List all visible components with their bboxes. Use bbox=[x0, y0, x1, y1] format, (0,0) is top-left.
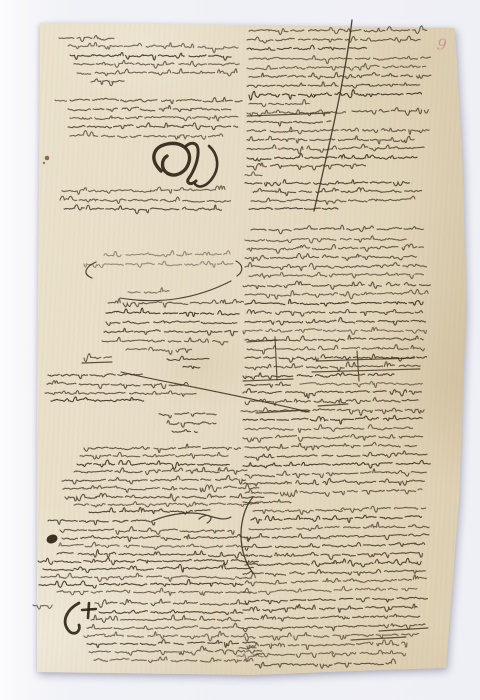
handwriting-line bbox=[247, 345, 424, 354]
handwriting-line bbox=[91, 615, 240, 622]
handwriting-line bbox=[41, 573, 255, 581]
handwriting-line bbox=[60, 527, 234, 535]
foliation-number: 9 bbox=[436, 35, 454, 55]
handwriting-line bbox=[84, 631, 248, 641]
paper-speck bbox=[45, 156, 50, 161]
handwriting-line bbox=[77, 69, 237, 76]
paper-speck bbox=[43, 162, 45, 164]
handwriting-line bbox=[62, 475, 245, 483]
handwriting-line bbox=[99, 610, 243, 615]
handwriting-line bbox=[126, 347, 192, 354]
scanned-page: 9 bbox=[0, 0, 480, 700]
handwriting-line bbox=[243, 586, 417, 594]
handwriting-line bbox=[84, 354, 112, 362]
handwriting-line bbox=[74, 502, 259, 507]
strikethrough-stroke bbox=[275, 337, 277, 380]
handwriting-line bbox=[108, 299, 243, 307]
handwriting-line bbox=[89, 646, 262, 655]
handwriting-line bbox=[243, 389, 421, 399]
handwriting-line bbox=[249, 72, 431, 78]
handwriting-line bbox=[84, 261, 233, 267]
handwriting-line bbox=[249, 56, 431, 64]
heading-swoosh bbox=[120, 281, 231, 301]
handwriting-line bbox=[80, 452, 228, 459]
handwriting-line bbox=[247, 154, 417, 161]
handwriting-line bbox=[243, 461, 430, 469]
handwriting-line bbox=[68, 42, 238, 52]
handwriting-line bbox=[253, 650, 406, 657]
handwriting-line bbox=[243, 478, 424, 486]
handwriting-line bbox=[60, 196, 231, 203]
handwriting-line bbox=[57, 550, 248, 558]
handwriting-line bbox=[352, 108, 428, 116]
handwriting-line bbox=[55, 100, 67, 101]
handwriting-line bbox=[249, 208, 338, 210]
handwriting-line bbox=[102, 337, 228, 345]
handwriting-line bbox=[64, 205, 222, 214]
handwriting-line bbox=[251, 225, 423, 234]
handwriting-line bbox=[249, 26, 427, 35]
handwriting-ink bbox=[0, 0, 480, 700]
strikethrough-stroke bbox=[243, 379, 293, 381]
handwriting-line bbox=[87, 623, 247, 629]
date-line-scribble bbox=[152, 513, 231, 523]
handwriting-line bbox=[87, 640, 257, 648]
handwriting-line bbox=[74, 60, 239, 68]
handwriting-line bbox=[243, 327, 426, 334]
handwriting-line bbox=[128, 288, 169, 293]
handwriting-line bbox=[249, 272, 423, 278]
handwriting-line bbox=[70, 116, 238, 121]
handwriting-line bbox=[104, 328, 238, 335]
dagger-horizontal bbox=[82, 609, 96, 610]
strikethrough-stroke bbox=[318, 404, 348, 406]
bold-opening-paren bbox=[65, 603, 79, 633]
handwriting-line bbox=[94, 657, 253, 663]
handwriting-line bbox=[167, 356, 209, 360]
handwriting-line bbox=[245, 253, 416, 261]
handwriting-line bbox=[45, 391, 196, 397]
handwriting-line bbox=[74, 467, 247, 474]
handwriting-line bbox=[39, 579, 243, 588]
handwriting-line bbox=[68, 123, 238, 130]
handwriting-line bbox=[245, 614, 420, 621]
note-right-curl bbox=[236, 261, 242, 276]
handwriting-line bbox=[104, 251, 230, 257]
handwriting-line bbox=[77, 460, 229, 469]
handwriting-line bbox=[70, 131, 223, 140]
handwriting-line bbox=[51, 397, 144, 402]
handwriting-line bbox=[63, 485, 259, 493]
handwriting-line bbox=[84, 444, 241, 452]
handwriting-line bbox=[245, 575, 426, 586]
handwriting-line bbox=[57, 588, 251, 595]
handwriting-line bbox=[251, 515, 422, 523]
handwriting-line bbox=[172, 430, 197, 433]
handwriting-line bbox=[70, 97, 242, 103]
handwriting-line bbox=[95, 599, 247, 607]
handwriting-line bbox=[48, 374, 142, 379]
handwriting-line bbox=[70, 52, 231, 60]
handwriting-line bbox=[183, 366, 200, 369]
handwriting-line bbox=[249, 99, 309, 106]
handwriting-line bbox=[241, 408, 424, 416]
handwriting-line bbox=[245, 597, 427, 604]
handwriting-line bbox=[106, 308, 239, 316]
handwriting-line bbox=[245, 289, 428, 299]
handwriting-line bbox=[247, 36, 420, 43]
handwriting-line bbox=[300, 382, 422, 388]
handwriting-line bbox=[247, 552, 423, 559]
handwriting-line bbox=[243, 415, 422, 424]
handwriting-line bbox=[245, 632, 419, 641]
handwriting-line bbox=[59, 542, 247, 549]
handwriting-line bbox=[62, 535, 251, 542]
handwriting-line bbox=[247, 121, 331, 126]
handwriting-line bbox=[249, 90, 422, 100]
handwriting-line bbox=[247, 144, 424, 153]
handwriting-line bbox=[247, 82, 420, 88]
handwriting-line bbox=[255, 659, 396, 668]
handwriting-line bbox=[245, 262, 426, 270]
ink-blot bbox=[45, 533, 58, 545]
strikethrough-stroke bbox=[379, 628, 428, 631]
handwriting-line bbox=[43, 563, 253, 572]
handwriting-line bbox=[249, 522, 429, 531]
handwriting-line bbox=[253, 506, 426, 514]
handwriting-line bbox=[245, 398, 418, 406]
strikethrough-stroke bbox=[82, 362, 112, 363]
handwriting-line bbox=[33, 605, 52, 609]
handwriting-line bbox=[245, 442, 417, 450]
handwriting-line bbox=[247, 309, 422, 316]
handwriting-line bbox=[247, 127, 429, 134]
handwriting-line bbox=[251, 196, 415, 204]
handwriting-line bbox=[245, 469, 426, 478]
handwriting-line bbox=[245, 180, 409, 186]
handwriting-line bbox=[91, 79, 124, 86]
handwriting-line bbox=[247, 244, 423, 253]
handwriting-line bbox=[68, 105, 231, 111]
handwriting-line bbox=[245, 451, 427, 460]
handwriting-line bbox=[159, 413, 216, 418]
handwriting-line bbox=[253, 188, 422, 196]
handwriting-line bbox=[247, 163, 366, 170]
handwriting-line bbox=[245, 425, 413, 433]
handwriting-line bbox=[38, 558, 258, 565]
handwriting-line bbox=[48, 520, 155, 525]
handwriting-line bbox=[243, 570, 425, 577]
handwriting-line bbox=[243, 604, 417, 612]
handwriting-line bbox=[247, 64, 426, 71]
handwriting-line bbox=[106, 321, 237, 326]
handwriting-line bbox=[245, 558, 421, 567]
handwriting-line bbox=[245, 489, 422, 497]
strikethrough-stroke bbox=[351, 637, 406, 640]
handwriting-line bbox=[245, 172, 262, 176]
handwriting-line bbox=[247, 533, 429, 541]
handwriting-line bbox=[245, 382, 290, 387]
handwriting-line bbox=[245, 236, 406, 243]
strikethrough-stroke bbox=[247, 113, 330, 116]
handwriting-line bbox=[245, 318, 426, 325]
strikethrough-stroke bbox=[312, 369, 420, 372]
handwriting-line bbox=[243, 373, 394, 380]
handwriting-line bbox=[59, 36, 114, 42]
handwriting-line bbox=[243, 281, 430, 289]
handwriting-line bbox=[245, 543, 425, 551]
handwriting-line bbox=[243, 434, 423, 442]
handwriting-line bbox=[167, 421, 216, 428]
handwriting-line bbox=[247, 640, 407, 650]
handwriting-line bbox=[65, 493, 264, 501]
handwriting-line bbox=[245, 299, 423, 306]
large-initial-bowl bbox=[154, 143, 190, 175]
